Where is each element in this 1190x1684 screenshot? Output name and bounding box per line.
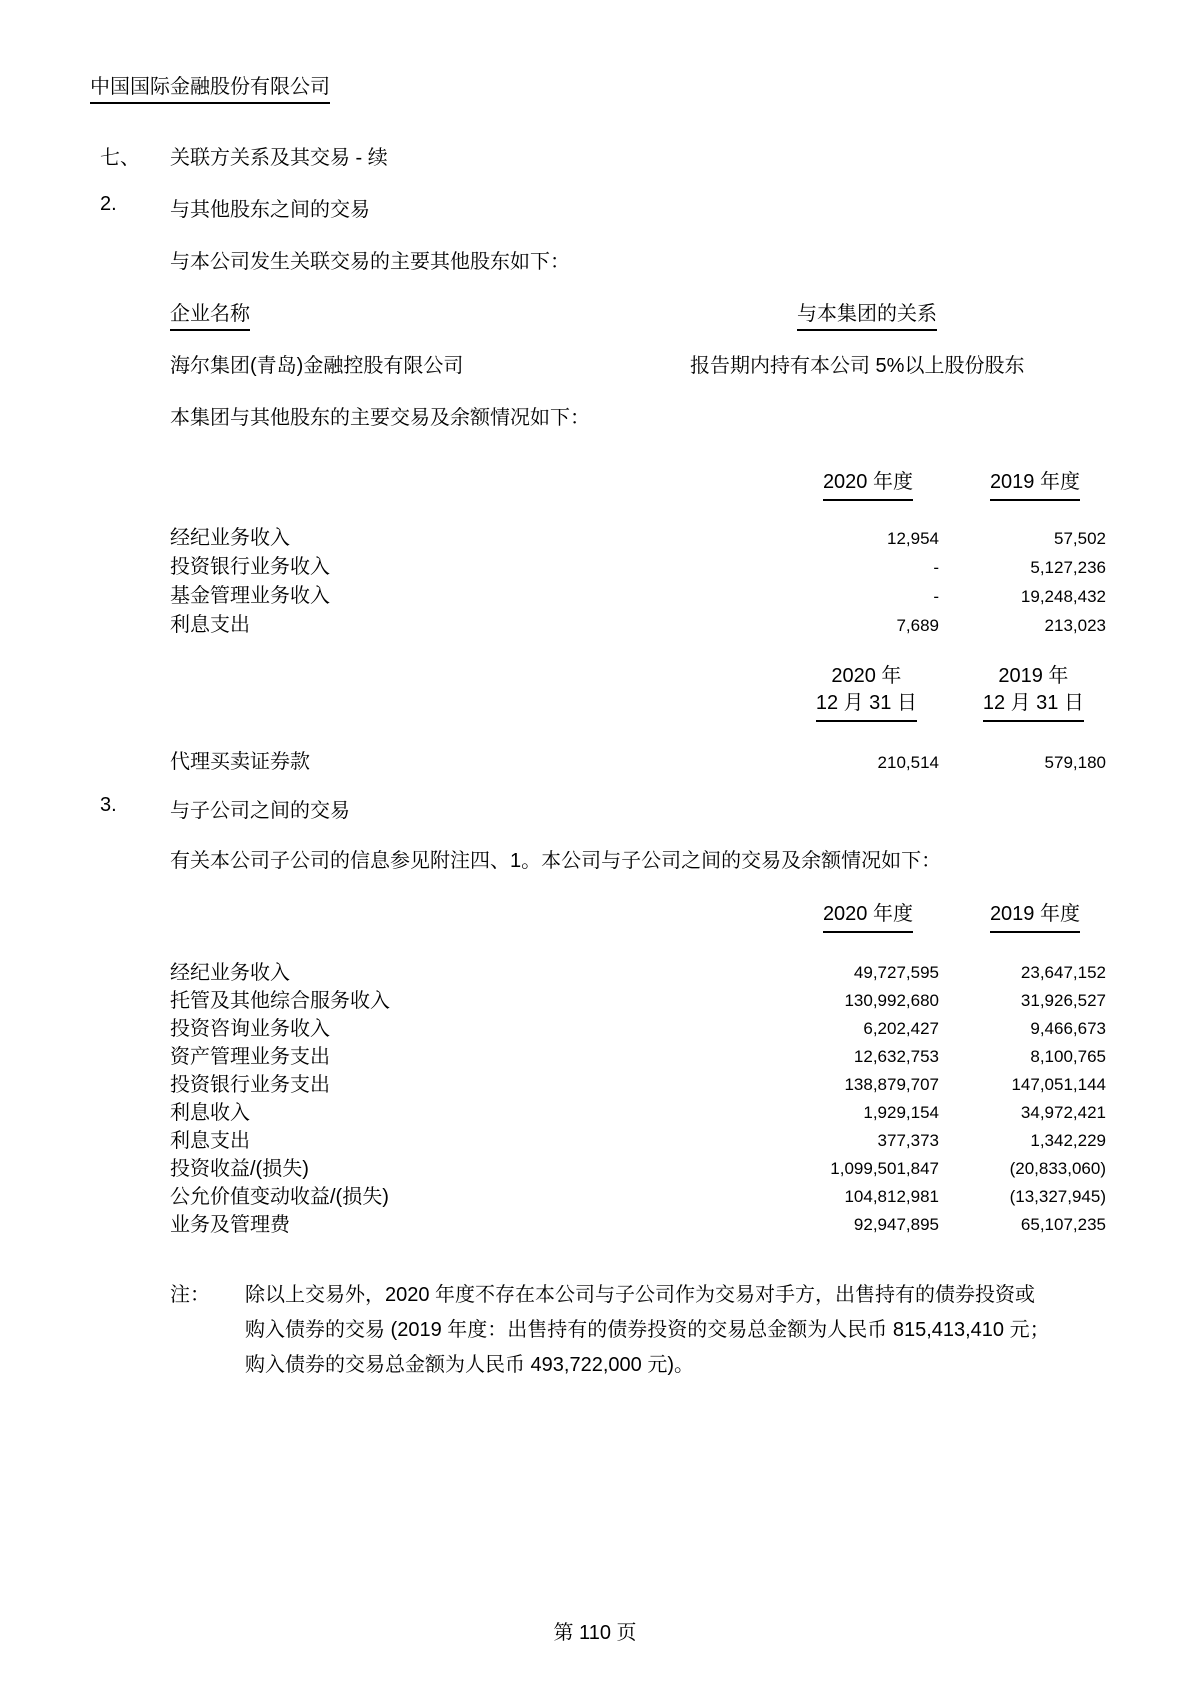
footnote-line: 除以上交易外，2020 年度不存在本公司与子公司作为交易对手方，出售持有的债券投… xyxy=(245,1278,1050,1313)
value-2020: 377,373 xyxy=(769,1127,939,1155)
value-2020: 7,689 xyxy=(769,611,939,640)
table-header-row: 2020 年度 2019 年度 xyxy=(170,901,1106,933)
row-label: 托管及其他综合服务收入 xyxy=(170,987,769,1015)
other-shareholders-balance-table: 2020 年 12 月 31 日 2019 年 12 月 31 日 代理买卖证券… xyxy=(170,663,1106,777)
table-row: 投资银行业务收入 - 5,127,236 xyxy=(170,553,1106,582)
footnote-label: 注： xyxy=(170,1278,245,1383)
value-2019: (13,327,945) xyxy=(939,1183,1106,1211)
value-2019: 34,972,421 xyxy=(939,1099,1106,1127)
section-3-heading: 3. 与子公司之间的交易 xyxy=(100,794,350,823)
footnote-line: 购入债券的交易 (2019 年度：出售持有的债券投资的交易总金额为人民币 815… xyxy=(245,1313,1050,1348)
col-header-2020-date: 2020 年 12 月 31 日 xyxy=(816,663,917,722)
shareholder-name: 海尔集团(青岛)金融控股有限公司 xyxy=(170,349,463,378)
table-row: 利息支出 377,373 1,342,229 xyxy=(170,1127,1106,1155)
value-2020: 6,202,427 xyxy=(769,1015,939,1043)
row-label: 基金管理业务收入 xyxy=(170,582,769,611)
section-7-number: 七、 xyxy=(100,141,170,170)
col-header-2019: 2019 年度 xyxy=(990,901,1080,933)
value-2020: 12,632,753 xyxy=(769,1043,939,1071)
value-2020: 138,879,707 xyxy=(769,1071,939,1099)
col-header-2019: 2019 年度 xyxy=(990,469,1080,501)
value-2019: 65,107,235 xyxy=(939,1211,1106,1239)
value-2019: (20,833,060) xyxy=(939,1155,1106,1183)
page-number: 第 110 页 xyxy=(0,1616,1190,1645)
row-label: 投资银行业务支出 xyxy=(170,1071,769,1099)
other-shareholders-table: 2020 年度 2019 年度 经纪业务收入 12,954 57,502 投资银… xyxy=(170,469,1106,640)
value-2020: 92,947,895 xyxy=(769,1211,939,1239)
section-2-intro: 与本公司发生关联交易的主要其他股东如下： xyxy=(170,245,570,274)
value-2019: 1,342,229 xyxy=(939,1127,1106,1155)
value-2019: 9,466,673 xyxy=(939,1015,1106,1043)
value-2020: 130,992,680 xyxy=(769,987,939,1015)
value-2019: 8,100,765 xyxy=(939,1043,1106,1071)
row-label: 资产管理业务支出 xyxy=(170,1043,769,1071)
table-row: 托管及其他综合服务收入 130,992,680 31,926,527 xyxy=(170,987,1106,1015)
table-row: 业务及管理费 92,947,895 65,107,235 xyxy=(170,1211,1106,1239)
table-row: 基金管理业务收入 - 19,248,432 xyxy=(170,582,1106,611)
table-row: 经纪业务收入 49,727,595 23,647,152 xyxy=(170,959,1106,987)
table-row: 投资咨询业务收入 6,202,427 9,466,673 xyxy=(170,1015,1106,1043)
value-2019: 57,502 xyxy=(939,524,1106,553)
row-label: 利息收入 xyxy=(170,1099,769,1127)
row-label: 利息支出 xyxy=(170,611,769,640)
section-2-number: 2. xyxy=(100,193,170,222)
section-3-intro: 有关本公司子公司的信息参见附注四、1。本公司与子公司之间的交易及余额情况如下： xyxy=(170,844,941,873)
footnote-line: 购入债券的交易总金额为人民币 493,722,000 元)。 xyxy=(245,1348,1050,1383)
value-2020: 1,099,501,847 xyxy=(769,1155,939,1183)
row-label: 业务及管理费 xyxy=(170,1211,769,1239)
row-label: 经纪业务收入 xyxy=(170,959,769,987)
table-row: 投资收益/(损失) 1,099,501,847 (20,833,060) xyxy=(170,1155,1106,1183)
value-2019: 213,023 xyxy=(939,611,1106,640)
value-2019: 23,647,152 xyxy=(939,959,1106,987)
shareholder-name-header: 企业名称 xyxy=(170,297,250,331)
company-title-text: 中国国际金融股份有限公司 xyxy=(90,70,330,104)
balances-intro: 本集团与其他股东的主要交易及余额情况如下： xyxy=(170,401,590,430)
section-3-title: 与子公司之间的交易 xyxy=(170,794,350,823)
col-header-2019-date: 2019 年 12 月 31 日 xyxy=(983,663,1084,722)
section-3-number: 3. xyxy=(100,794,170,823)
shareholder-relation-header: 与本集团的关系 xyxy=(797,297,937,331)
footnote: 注： 除以上交易外，2020 年度不存在本公司与子公司作为交易对手方，出售持有的… xyxy=(170,1278,1070,1383)
value-2020: 12,954 xyxy=(769,524,939,553)
row-label: 经纪业务收入 xyxy=(170,524,769,553)
value-2019: 147,051,144 xyxy=(939,1071,1106,1099)
row-label: 投资咨询业务收入 xyxy=(170,1015,769,1043)
row-label: 利息支出 xyxy=(170,1127,769,1155)
value-2019: 579,180 xyxy=(939,748,1106,777)
value-2020: - xyxy=(769,553,939,582)
col-header-2020: 2020 年度 xyxy=(823,901,913,933)
row-label: 投资银行业务收入 xyxy=(170,553,769,582)
table-row: 公允价值变动收益/(损失) 104,812,981 (13,327,945) xyxy=(170,1183,1106,1211)
table-row: 利息支出 7,689 213,023 xyxy=(170,611,1106,640)
value-2019: 5,127,236 xyxy=(939,553,1106,582)
document-page: 中国国际金融股份有限公司 七、 关联方关系及其交易 - 续 2. 与其他股东之间… xyxy=(0,0,1190,1684)
table-row: 经纪业务收入 12,954 57,502 xyxy=(170,524,1106,553)
value-2020: 49,727,595 xyxy=(769,959,939,987)
company-title: 中国国际金融股份有限公司 xyxy=(90,70,330,104)
value-2019: 19,248,432 xyxy=(939,582,1106,611)
table-header-row: 2020 年 12 月 31 日 2019 年 12 月 31 日 xyxy=(170,663,1106,722)
value-2020: 1,929,154 xyxy=(769,1099,939,1127)
section-2-heading: 2. 与其他股东之间的交易 xyxy=(100,193,370,222)
value-2020: - xyxy=(769,582,939,611)
table-row: 资产管理业务支出 12,632,753 8,100,765 xyxy=(170,1043,1106,1071)
row-label: 公允价值变动收益/(损失) xyxy=(170,1183,769,1211)
value-2020: 104,812,981 xyxy=(769,1183,939,1211)
value-2020: 210,514 xyxy=(769,748,939,777)
table-row: 代理买卖证券款 210,514 579,180 xyxy=(170,748,1106,777)
col-header-2020: 2020 年度 xyxy=(823,469,913,501)
table-row: 投资银行业务支出 138,879,707 147,051,144 xyxy=(170,1071,1106,1099)
row-label: 投资收益/(损失) xyxy=(170,1155,769,1183)
table-row: 利息收入 1,929,154 34,972,421 xyxy=(170,1099,1106,1127)
shareholder-relation: 报告期内持有本公司 5%以上股份股东 xyxy=(690,349,1024,378)
section-7-title: 关联方关系及其交易 - 续 xyxy=(170,141,388,170)
value-2019: 31,926,527 xyxy=(939,987,1106,1015)
footnote-text: 除以上交易外，2020 年度不存在本公司与子公司作为交易对手方，出售持有的债券投… xyxy=(245,1278,1050,1383)
table-header-row: 2020 年度 2019 年度 xyxy=(170,469,1106,501)
section-7-heading: 七、 关联方关系及其交易 - 续 xyxy=(100,141,388,170)
row-label: 代理买卖证券款 xyxy=(170,748,769,777)
subsidiaries-table: 2020 年度 2019 年度 经纪业务收入 49,727,595 23,647… xyxy=(170,901,1106,1239)
section-2-title: 与其他股东之间的交易 xyxy=(170,193,370,222)
